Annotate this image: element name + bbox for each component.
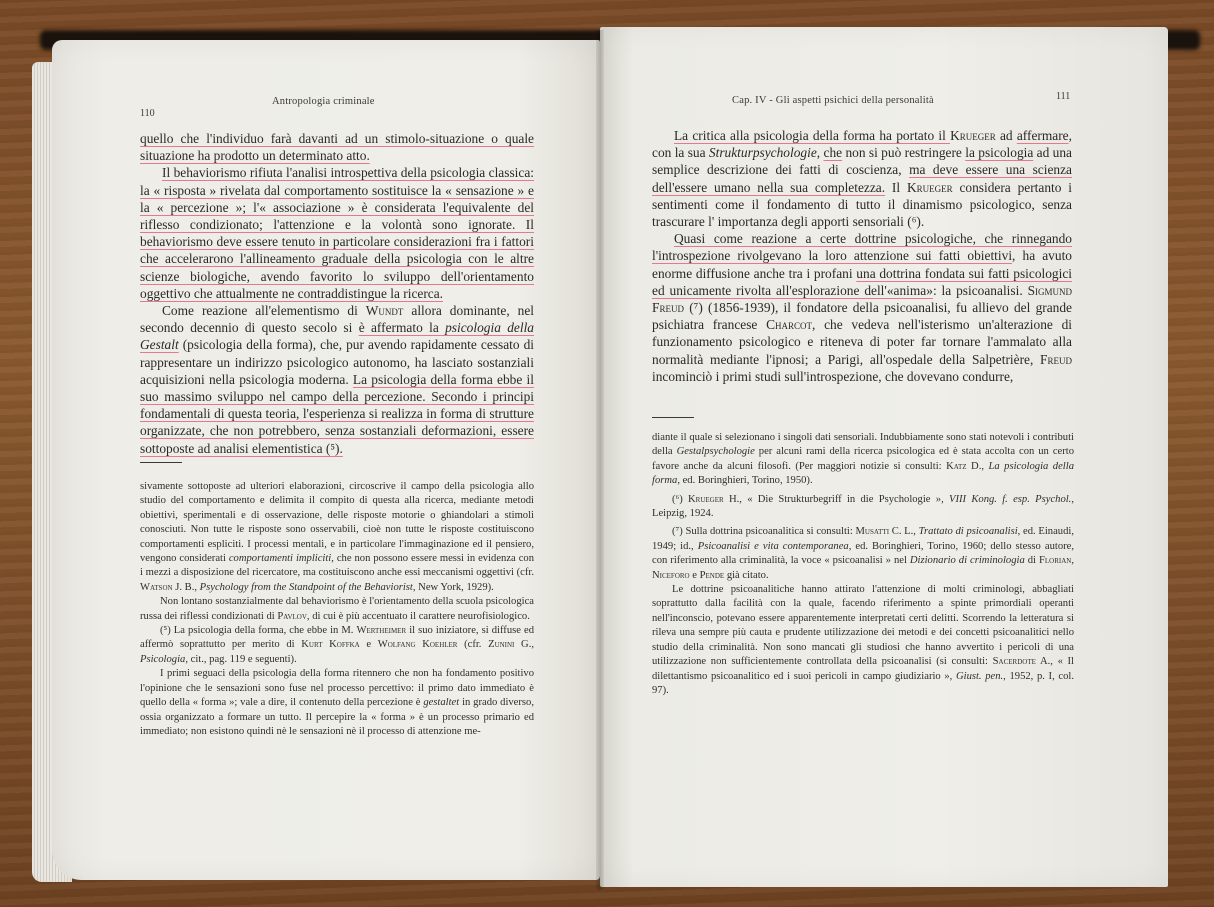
- highlighted-text: affermare: [1017, 128, 1069, 143]
- running-head-left: Antropologia criminale: [272, 96, 375, 107]
- text-run: D.,: [967, 461, 989, 472]
- text-run: Pende: [700, 570, 725, 581]
- text-run: ,: [817, 145, 824, 160]
- text-run: Le dottrine psicoanalitiche hanno attira…: [652, 584, 1074, 667]
- text-run: , New York, 1929).: [413, 582, 494, 593]
- body-paragraph: quello che l'individuo farà davanti ad u…: [140, 130, 534, 164]
- text-run: , cit., pag. 119 e seguenti).: [185, 654, 296, 665]
- text-run: (⁵) La psicologia della forma, che ebbe …: [160, 625, 357, 636]
- text-run: VIII Kong. f. esp. Psychol.: [949, 494, 1071, 505]
- text-run: J. B.,: [173, 582, 200, 593]
- text-run: Wundt: [366, 303, 404, 318]
- text-run: Trattato di psicoanalisi: [919, 526, 1018, 537]
- footnote-paragraph: sivamente sottoposte ad ulteriori elabor…: [140, 480, 534, 595]
- footnote-paragraph: Non lontano sostanzialmente dal behavior…: [140, 595, 534, 624]
- text-run: sivamente sottoposte ad ulteriori elabor…: [140, 481, 534, 564]
- text-run: : la psicoanalisi.: [933, 283, 1028, 298]
- text-run: (⁷) Sulla dottrina psicoanalitica si con…: [672, 526, 856, 537]
- text-run: di: [1025, 555, 1039, 566]
- text-run: (⁶): [672, 494, 688, 505]
- footnote-paragraph: Le dottrine psicoanalitiche hanno attira…: [652, 583, 1074, 698]
- text-run: Charcot: [766, 317, 812, 332]
- text-run: Psicoanalisi e vita contemporanea: [698, 541, 849, 552]
- text-run: Zunini: [488, 639, 514, 650]
- text-run: Katz: [946, 461, 966, 472]
- text-run: ,: [1071, 555, 1074, 566]
- text-run: Gestalpsychologie: [677, 446, 755, 457]
- body-paragraph: Quasi come reazione a certe dottrine psi…: [652, 230, 1072, 385]
- text-run: C. L.,: [889, 526, 919, 537]
- footnote-paragraph: (⁵) La psicologia della forma, che ebbe …: [140, 624, 534, 667]
- running-head-right: Cap. IV - Gli aspetti psichici della per…: [732, 95, 934, 106]
- footnote-paragraph: I primi seguaci della psicologia della f…: [140, 667, 534, 739]
- highlighted-text: La critica alla psicologia della forma h…: [674, 128, 950, 143]
- text-run: Come reazione all'elementismo di: [162, 303, 366, 318]
- book-gutter: [596, 30, 604, 890]
- text-run: Sacerdote: [993, 656, 1036, 667]
- text-run: e: [690, 570, 700, 581]
- text-run: Krueger: [907, 180, 953, 195]
- body-paragraph: Come reazione all'elementismo di Wundt a…: [140, 302, 534, 457]
- text-run: e: [360, 639, 378, 650]
- page-number-left: 110: [140, 108, 155, 119]
- text-run: Psychology from the Standpoint of the Be…: [200, 582, 413, 593]
- text-run: Il: [885, 180, 907, 195]
- left-body-text: quello che l'individuo farà davanti ad u…: [140, 130, 534, 457]
- text-run: , ed. Boringhieri, Torino, 1950).: [677, 475, 812, 486]
- page-number-right: 111: [1056, 91, 1070, 102]
- text-run: Dizionario di criminologia: [910, 555, 1025, 566]
- text-run: ad: [996, 128, 1017, 143]
- text-run: Pavlov: [277, 611, 307, 622]
- text-run: (cfr.: [457, 639, 488, 650]
- text-run: Krueger: [950, 128, 996, 143]
- text-run: Giust. pen.: [956, 671, 1003, 682]
- highlighted-text: che: [824, 145, 843, 160]
- right-footnotes: diante il quale si selezionano i singoli…: [652, 431, 1074, 698]
- highlighted-text: Il behaviorismo rifiuta l'analisi intros…: [140, 165, 534, 300]
- text-run: Watson: [140, 582, 173, 593]
- text-run: Musatti: [856, 526, 890, 537]
- text-run: comportamenti impliciti: [229, 553, 331, 564]
- highlighted-text: quello che l'individuo farà davanti ad u…: [140, 131, 534, 163]
- left-footnotes: sivamente sottoposte ad ulteriori elabor…: [140, 480, 534, 739]
- text-run: Niceforo: [652, 570, 690, 581]
- text-run: Krueger: [688, 494, 724, 505]
- text-run: Psicologia: [140, 654, 185, 665]
- highlighted-text: Quasi come reazione a certe dottrine psi…: [652, 231, 1072, 263]
- body-paragraph: Il behaviorismo rifiuta l'analisi intros…: [140, 164, 534, 302]
- text-run: non si può restringere: [842, 145, 965, 160]
- highlighted-text: la psicologia: [965, 145, 1033, 160]
- highlighted-text: è affermato la: [359, 320, 445, 335]
- right-body-text: La critica alla psicologia della forma h…: [652, 127, 1072, 385]
- text-run: Strukturpsychologie: [709, 145, 817, 160]
- text-run: Kurt Koffka: [301, 639, 359, 650]
- text-run: G.,: [514, 639, 534, 650]
- text-run: Florian: [1039, 555, 1071, 566]
- text-run: H., « Die Strukturbegriff in die Psychol…: [724, 494, 949, 505]
- text-run: incominciò i primi studi sull'introspezi…: [652, 369, 1013, 384]
- text-run: Wolfang Koehler: [378, 639, 458, 650]
- right-page: Cap. IV - Gli aspetti psichici della per…: [600, 27, 1168, 887]
- body-paragraph: La critica alla psicologia della forma h…: [652, 127, 1072, 230]
- footnote-paragraph: (⁶) Krueger H., « Die Strukturbegriff in…: [652, 493, 1074, 522]
- text-run: già citato.: [724, 570, 768, 581]
- footnote-separator: [652, 417, 694, 418]
- text-run: Wertheimer: [357, 625, 407, 636]
- footnote-paragraph: diante il quale si selezionano i singoli…: [652, 431, 1074, 489]
- footnote-separator: [140, 462, 182, 463]
- text-run: Freud: [1040, 352, 1072, 367]
- text-run: gestaltet: [423, 697, 459, 708]
- text-run: , di cui è più accentuato il carattere n…: [307, 611, 530, 622]
- left-page: 110 Antropologia criminale quello che l'…: [52, 40, 600, 880]
- footnote-paragraph: (⁷) Sulla dottrina psicoanalitica si con…: [652, 525, 1074, 583]
